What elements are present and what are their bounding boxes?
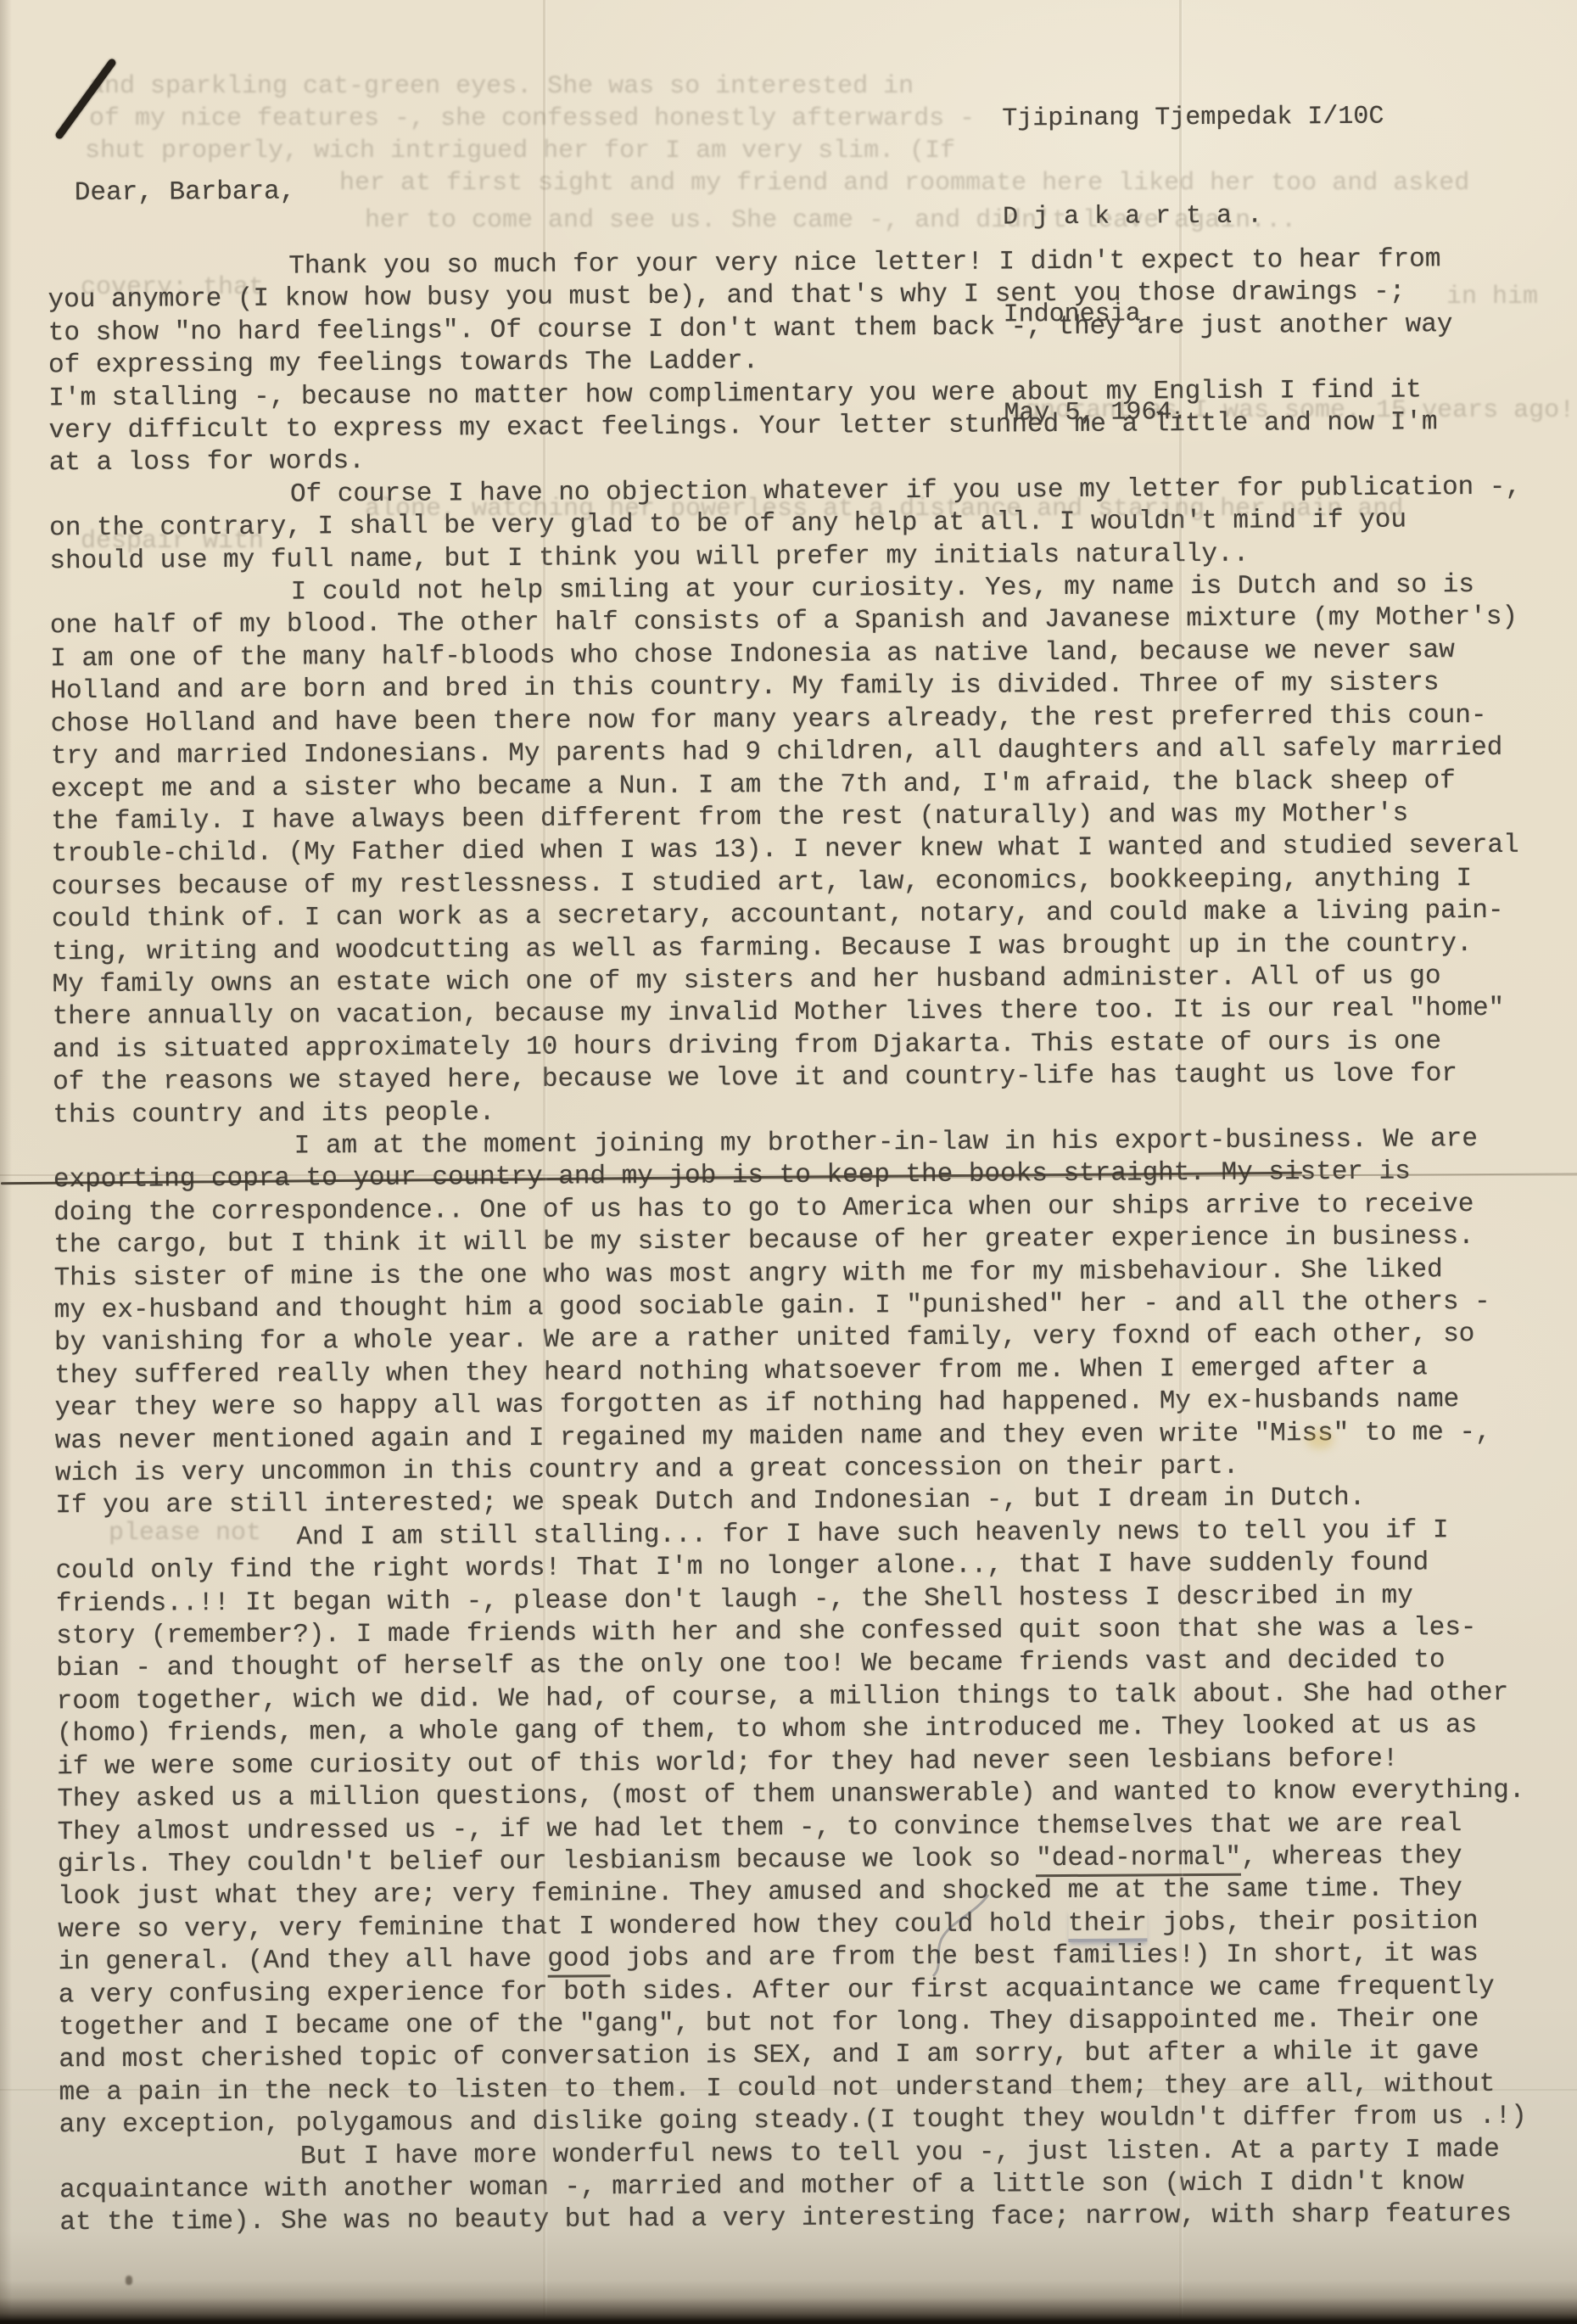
line-segment: , whereas they: [1241, 1841, 1462, 1873]
line-segment: I could not help smiling at your curiosi…: [291, 570, 1474, 608]
line-segment: at a loss for words.: [49, 446, 365, 478]
letter-body: Thank you so much for your very nice let…: [48, 243, 1577, 2240]
fold-crease-vertical: [543, 0, 545, 2324]
sender-address-street: Tjipinang Tjempedak I/10C: [1002, 101, 1384, 136]
line-segment: I am at the moment joining my brother-in…: [294, 1124, 1478, 1162]
paper-sheet: and sparkling cat-green eyes. She was so…: [0, 0, 1577, 2324]
scan-left-shadow: [0, 0, 12, 2324]
line-segment: "dead-normal": [1036, 1843, 1241, 1877]
line-segment: And I am still stalling... for I have su…: [296, 1515, 1448, 1552]
line-segment: My sister is: [1205, 1157, 1411, 1188]
line-segment: jobs and are from the best families!) In…: [611, 1939, 1479, 1974]
fold-crease-vertical: [1179, 0, 1182, 2324]
line-segment: this country and its people.: [53, 1098, 495, 1130]
line-segment: jobs, their position: [1147, 1907, 1479, 1938]
paper-stain: [1306, 1431, 1334, 1449]
fold-crease-horizontal: [0, 2089, 1577, 2091]
line-segment: good: [547, 1944, 611, 1977]
line-segment: their: [1068, 1908, 1147, 1942]
line-segment: in general. (And they all have: [58, 1945, 547, 1978]
line-segment: wich is very uncommon in this country an…: [55, 1452, 1239, 1489]
scanned-letter: and sparkling cat-green eyes. She was so…: [0, 0, 1577, 2324]
line-segment: Thank you so much for your very nice let…: [288, 244, 1440, 281]
line-segment: should use my full name, but I think you…: [49, 539, 1249, 576]
line-segment: exporting copra to your country and my j…: [53, 1158, 1205, 1195]
line-segment: of expressing my feelings towards The La…: [48, 346, 758, 380]
line-segment: But I have more wonderful news to tell y…: [300, 2134, 1500, 2171]
letter-content: Tjipinang Tjempedak I/10C D j a k a r t …: [0, 0, 1577, 2324]
fold-crease-horizontal: [0, 1174, 1577, 1176]
line-segment: If you are still interested; we speak Du…: [55, 1483, 1365, 1520]
pen-squiggle-mark: [916, 1888, 1035, 1981]
sender-address-city: D j a k a r t a .: [1003, 199, 1384, 233]
salutation: Dear, Barbara,: [75, 177, 296, 209]
line-segment: girls. They couldn't belief our lesbiani…: [58, 1844, 1037, 1879]
line-segment: Of course I have no objection whatever i…: [290, 473, 1521, 510]
scan-bottom-edge: [0, 2280, 1577, 2324]
